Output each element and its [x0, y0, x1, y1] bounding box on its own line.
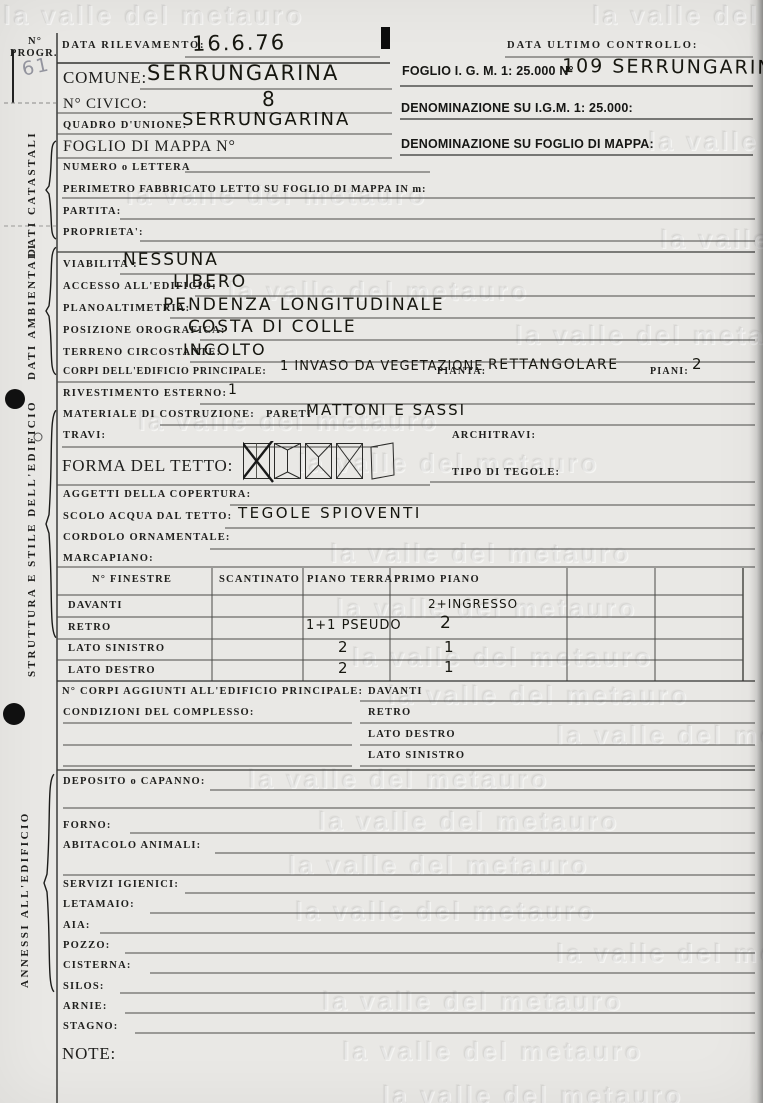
marcapiano-label: MARCAPIANO:	[63, 553, 154, 564]
brace-dati-catastali	[44, 140, 58, 240]
brace-dati-ambientali	[44, 246, 58, 376]
roof-icon-hip-short-ridge	[306, 444, 332, 479]
abitacolo-label: ABITACOLO ANIMALI:	[63, 840, 201, 851]
finestre-row-retro-label: RETRO	[68, 622, 111, 633]
scolo-value: TEGOLE SPIOVENTI	[238, 504, 422, 522]
forma-tetto-label: FORMA DEL TETTO:	[62, 456, 233, 476]
scan-edge-shadow	[749, 0, 763, 1103]
section-label-dati-ambientali: DATI AMBIENTALI	[26, 250, 38, 372]
servizi-label: SERVIZI IGIENICI:	[63, 879, 179, 890]
finestre-header-scantinato: SCANTINATO	[219, 574, 300, 585]
section-label-struttura-stile: STRUTTURA E STILE DELL'EDIFICIO	[26, 438, 38, 638]
scan-artifact-mark	[381, 27, 390, 49]
rivestimento-value: 1	[228, 382, 239, 398]
aggetti-label: AGGETTI DELLA COPERTURA:	[63, 489, 251, 500]
finestre-row-lato-destro-label: LATO DESTRO	[68, 665, 156, 676]
data-rilevamento-value: 16.6.76	[192, 30, 287, 56]
complesso-lato-sinistro-label: LATO SINISTRO	[368, 750, 465, 761]
stagno-label: STAGNO:	[63, 1021, 118, 1032]
hole-punch-top	[5, 389, 25, 409]
roof-icon-hip-long-ridge	[275, 444, 301, 479]
arnie-label: ARNIE:	[63, 1001, 108, 1012]
materiale-label: MATERIALE DI COSTRUZIONE:	[63, 409, 255, 420]
accesso-value: LIBERO	[173, 272, 247, 292]
forno-label: FORNO:	[63, 820, 112, 831]
deposito-label: DEPOSITO o CAPANNO:	[63, 776, 206, 787]
tipo-tegole-label: TIPO DI TEGOLE:	[452, 467, 560, 478]
finestre-header-finestre: N° FINESTRE	[92, 574, 172, 585]
foglio-mappa-label: FOGLIO DI MAPPA N°	[63, 138, 236, 156]
roof-shape-icons	[243, 441, 399, 483]
planoaltimetria-value: PENDENZA LONGITUDINALE	[163, 295, 445, 315]
aia-label: AIA:	[63, 920, 91, 931]
finestre-lato-destro-piano-terra: 2	[338, 659, 350, 677]
quadro-unione-label: QUADRO D'UNIONE:	[63, 120, 188, 131]
comune-label: COMUNE:	[63, 68, 147, 88]
finestre-retro-piano-terra: 1+1 PSEUDO	[306, 618, 402, 633]
finestre-header-primo-piano: PRIMO PIANO	[394, 574, 480, 585]
finestre-lato-destro-primo-piano: 1	[444, 658, 456, 676]
brace-annessi	[42, 772, 56, 994]
cadastral-survey-form-scan: la valle del metaurola valle del metauro…	[0, 0, 763, 1103]
foglio-igm-label: FOGLIO I. G. M. 1: 25.000 N°	[402, 64, 574, 78]
quadro-unione-value: SERRUNGARINA	[182, 109, 350, 130]
roof-icon-hip-crossed-out	[243, 441, 273, 482]
data-rilevamento-label: DATA RILEVAMENTO:	[62, 40, 205, 51]
materiale-value: MATTONI E SASSI	[306, 401, 466, 419]
terreno-value: INCOLTO	[183, 340, 267, 359]
section-label-annessi: ANNESSI ALL'EDIFICIO	[19, 825, 31, 975]
hole-punch-bottom	[3, 703, 25, 725]
data-ultimo-controllo-label: DATA ULTIMO CONTROLLO:	[507, 40, 698, 51]
progr-label-line1: N°	[28, 36, 42, 47]
proprieta-label: PROPRIETA':	[63, 227, 144, 238]
roof-icon-pavilion-x	[337, 444, 363, 479]
partita-label: PARTITA:	[63, 206, 121, 217]
posizione-orografica-value: COSTA DI COLLE	[188, 317, 357, 337]
complesso-davanti-label: DAVANTI	[368, 686, 423, 697]
scolo-label: SCOLO ACQUA DAL TETTO:	[63, 511, 232, 522]
viabilita-value: NESSUNA	[123, 250, 219, 270]
finestre-row-lato-sinistro-label: LATO SINISTRO	[68, 643, 165, 654]
finestre-lato-sinistro-piano-terra: 2	[338, 638, 350, 656]
numero-lettera-label: NUMERO o LETTERA	[63, 162, 191, 173]
roof-icon-single-pitch	[371, 443, 394, 479]
finestre-header-piano-terra: PIANO TERRA	[307, 574, 393, 585]
travi-label: TRAVI:	[63, 430, 106, 441]
brace-struttura-stile	[44, 408, 58, 640]
comune-value: SERRUNGARINA	[147, 61, 339, 85]
denominazione-mappa-label: DENOMINAZIONE SU FOGLIO DI MAPPA:	[401, 137, 654, 151]
perimetro-label: PERIMETRO FABBRICATO LETTO SU FOGLIO DI …	[63, 184, 426, 195]
pozzo-label: POZZO:	[63, 940, 110, 951]
corpi-label: CORPI DELL'EDIFICIO PRINCIPALE:	[63, 366, 267, 377]
cisterna-label: CISTERNA:	[63, 960, 132, 971]
complesso-retro-label: RETRO	[368, 707, 411, 718]
piani-value: 2	[692, 355, 704, 373]
cordolo-label: CORDOLO ORNAMENTALE:	[63, 532, 231, 543]
pianta-value: RETTANGOLARE	[488, 357, 619, 373]
piani-label: PIANI:	[650, 366, 689, 377]
n-civico-value: 8	[262, 87, 277, 111]
finestre-retro-primo-piano: 2	[440, 613, 453, 633]
denominazione-igm-label: DENOMINAZIONE SU I.G.M. 1: 25.000:	[401, 101, 633, 115]
complesso-lato-destro-label: LATO DESTRO	[368, 729, 456, 740]
foglio-igm-value: 109 SERRUNGARINA	[562, 55, 763, 79]
finestre-davanti-primo-piano: 2+INGRESSO	[428, 597, 518, 611]
silos-label: SILOS:	[63, 981, 105, 992]
architravi-label: ARCHITRAVI:	[452, 430, 536, 441]
condizioni-label: CONDIZIONI DEL COMPLESSO:	[63, 707, 255, 718]
letamaio-label: LETAMAIO:	[63, 899, 135, 910]
section-label-dati-catastali: DATI CATASTALI	[26, 146, 38, 242]
finestre-lato-sinistro-primo-piano: 1	[444, 638, 456, 656]
note-label: NOTE:	[62, 1044, 116, 1064]
rivestimento-label: RIVESTIMENTO ESTERNO:	[63, 388, 227, 399]
finestre-row-davanti-label: DAVANTI	[68, 600, 123, 611]
n-civico-label: N° CIVICO:	[63, 96, 147, 113]
corpi-aggiunti-label: N° CORPI AGGIUNTI ALL'EDIFICIO PRINCIPAL…	[62, 686, 363, 697]
pianta-label: PIANTA:	[437, 366, 486, 377]
